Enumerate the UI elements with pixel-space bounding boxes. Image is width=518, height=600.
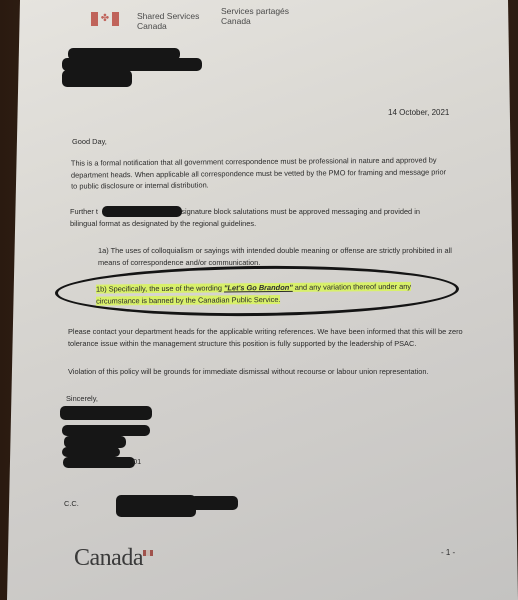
item-1b-highlighted: 1b) Specifically, the use of the wording… [96, 280, 456, 306]
canada-flag-icon: ✤ [91, 12, 119, 26]
redacted-cc [116, 495, 196, 517]
page-number: - 1 - [441, 548, 455, 557]
redacted-signature [62, 447, 120, 457]
redacted-address-line [62, 70, 132, 87]
redacted-text [102, 206, 182, 217]
redacted-cc [190, 496, 238, 510]
signature-fragment: 01 [133, 456, 141, 468]
canada-wordmark: Canada [74, 545, 143, 572]
paragraph-contact: Please contact your department heads for… [68, 326, 468, 349]
cc-label: C.C. [64, 498, 79, 510]
closing: Sincerely, [66, 393, 98, 405]
paragraph-notification: This is a formal notification that all g… [71, 154, 451, 192]
paragraph-violation: Violation of this policy will be grounds… [68, 366, 429, 378]
redacted-signature [60, 406, 152, 420]
item-1a: 1a) The uses of colloquialism or sayings… [98, 245, 458, 268]
redacted-signature [62, 425, 150, 436]
letterhead-english: Shared Services Canada [137, 11, 199, 31]
letter-date: 14 October, 2021 [388, 108, 449, 117]
greeting: Good Day, [72, 136, 107, 148]
maple-leaf-icon: ✤ [98, 12, 112, 26]
wordmark-flag-icon [143, 550, 153, 556]
banned-phrase: "Let's Go Brandon" [224, 283, 293, 293]
letterhead-french: Services partagés Canada [221, 6, 289, 26]
redacted-signature [63, 457, 135, 468]
